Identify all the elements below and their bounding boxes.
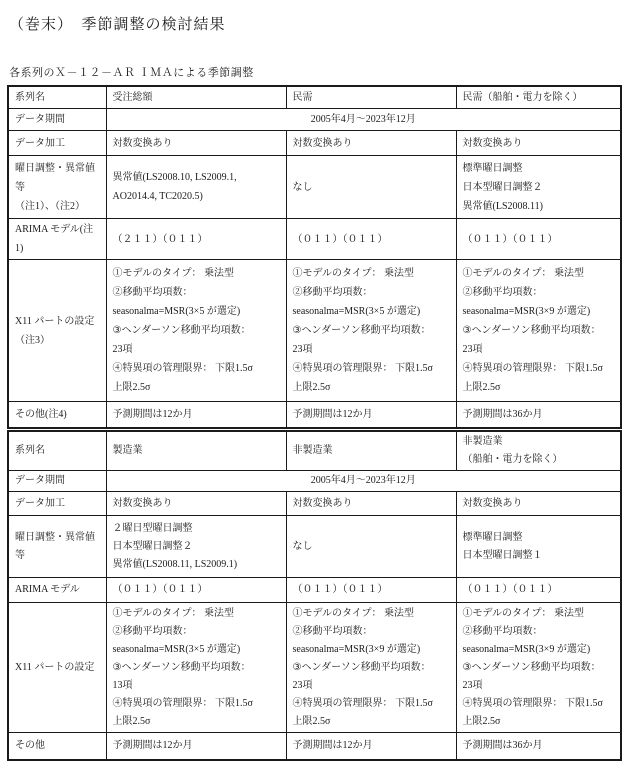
data-processing-row: データ加工 対数変換あり 対数変換あり 対数変換あり (8, 131, 621, 156)
table-caption: 各系列のＸ－１２－ＡＲ ＩＭＡによる季節調整 (9, 64, 254, 80)
arima-model-cell-3: （０１１）（０１１） (456, 219, 621, 260)
x11-settings-cell-1: ①モデルのタイプ： 乗法型 ②移動平均項数： seasonalma=MSR(3×… (106, 603, 286, 733)
trading-day-outlier-cell-1: ２曜日型曜日調整 日本型曜日調整２ 異常値(LS2008.11, LS2009.… (106, 516, 286, 578)
data-period-value: 2005年4月～2023年12月 (106, 471, 621, 492)
arima-model-cell-1: （０１１）（０１１） (106, 578, 286, 603)
trading-day-outlier-cell-3: 標準曜日調整 日本型曜日調整２ 異常値(LS2008.11) (456, 156, 621, 219)
data-period-row: データ期間 2005年4月～2023年12月 (8, 471, 621, 492)
other-row: その他(注4) 予測期間は12か月 予測期間は12か月 予測期間は36か月 (8, 402, 621, 428)
arima-model-cell-2: （０１１）（０１１） (286, 578, 456, 603)
data-processing-cell-2: 対数変換あり (286, 492, 456, 516)
arima-model-cell-3: （０１１）（０１１） (456, 578, 621, 603)
seasonal-adjustment-table-2: 系列名 製造業 非製造業 非製造業 （船舶・電力を除く） データ期間 2005年… (7, 430, 622, 761)
other-row: その他 予測期間は12か月 予測期間は12か月 予測期間は36か月 (8, 733, 621, 760)
x11-settings-row: X11 パートの設定 ①モデルのタイプ： 乗法型 ②移動平均項数： season… (8, 603, 621, 733)
other-cell-1: 予測期間は12か月 (106, 733, 286, 760)
data-processing-cell-1: 対数変換あり (106, 492, 286, 516)
data-period-label: データ期間 (8, 109, 106, 131)
arima-model-label: ARIMA モデル(注1) (8, 219, 106, 260)
data-period-row: データ期間 2005年4月～2023年12月 (8, 109, 621, 131)
x11-settings-cell-2: ①モデルのタイプ： 乗法型 ②移動平均項数： seasonalma=MSR(3×… (286, 260, 456, 402)
data-processing-label: データ加工 (8, 492, 106, 516)
trading-day-outlier-row: 曜日調整・異常値等 ２曜日型曜日調整 日本型曜日調整２ 異常値(LS2008.1… (8, 516, 621, 578)
page-title: （巻末） 季節調整の検討結果 (9, 13, 226, 34)
data-processing-row: データ加工 対数変換あり 対数変換あり 対数変換あり (8, 492, 621, 516)
trading-day-outlier-label: 曜日調整・異常値等 （注1）、（注2） (8, 156, 106, 219)
trading-day-outlier-row: 曜日調整・異常値等 （注1）、（注2） 異常値(LS2008.10, LS200… (8, 156, 621, 219)
series-name-label: 系列名 (8, 86, 106, 109)
other-cell-1: 予測期間は12か月 (106, 402, 286, 428)
data-processing-cell-3: 対数変換あり (456, 492, 621, 516)
other-label: その他(注4) (8, 402, 106, 428)
data-processing-cell-3: 対数変換あり (456, 131, 621, 156)
other-cell-2: 予測期間は12か月 (286, 402, 456, 428)
x11-settings-label: X11 パートの設定 （注3） (8, 260, 106, 402)
series-name-row: 系列名 受注総額 民需 民需（船舶・電力を除く） (8, 86, 621, 109)
arima-model-cell-2: （０１１）（０１１） (286, 219, 456, 260)
data-period-label: データ期間 (8, 471, 106, 492)
x11-settings-label: X11 パートの設定 (8, 603, 106, 733)
series-name-row: 系列名 製造業 非製造業 非製造業 （船舶・電力を除く） (8, 431, 621, 471)
series-name-label: 系列名 (8, 431, 106, 471)
data-processing-label: データ加工 (8, 131, 106, 156)
arima-model-label: ARIMA モデル (8, 578, 106, 603)
x11-settings-cell-1: ①モデルのタイプ： 乗法型 ②移動平均項数： seasonalma=MSR(3×… (106, 260, 286, 402)
series-name-cell-3: 非製造業 （船舶・電力を除く） (456, 431, 621, 471)
series-name-cell-2: 民需 (286, 86, 456, 109)
x11-settings-cell-2: ①モデルのタイプ： 乗法型 ②移動平均項数： seasonalma=MSR(3×… (286, 603, 456, 733)
series-name-cell-2: 非製造業 (286, 431, 456, 471)
trading-day-outlier-label: 曜日調整・異常値等 (8, 516, 106, 578)
seasonal-adjustment-table-1: 系列名 受注総額 民需 民需（船舶・電力を除く） データ期間 2005年4月～2… (7, 85, 622, 429)
data-processing-cell-2: 対数変換あり (286, 131, 456, 156)
x11-settings-cell-3: ①モデルのタイプ： 乗法型 ②移動平均項数： seasonalma=MSR(3×… (456, 260, 621, 402)
x11-settings-row: X11 パートの設定 （注3） ①モデルのタイプ： 乗法型 ②移動平均項数： s… (8, 260, 621, 402)
series-name-cell-3: 民需（船舶・電力を除く） (456, 86, 621, 109)
series-name-cell-1: 製造業 (106, 431, 286, 471)
trading-day-outlier-cell-2: なし (286, 156, 456, 219)
data-period-value: 2005年4月～2023年12月 (106, 109, 621, 131)
trading-day-outlier-cell-2: なし (286, 516, 456, 578)
x11-settings-cell-3: ①モデルのタイプ： 乗法型 ②移動平均項数： seasonalma=MSR(3×… (456, 603, 621, 733)
other-label: その他 (8, 733, 106, 760)
arima-model-row: ARIMA モデル(注1) （２１１）（０１１） （０１１）（０１１） （０１１… (8, 219, 621, 260)
data-processing-cell-1: 対数変換あり (106, 131, 286, 156)
other-cell-3: 予測期間は36か月 (456, 402, 621, 428)
trading-day-outlier-cell-1: 異常値(LS2008.10, LS2009.1, AO2014.4, TC202… (106, 156, 286, 219)
other-cell-2: 予測期間は12か月 (286, 733, 456, 760)
arima-model-cell-1: （２１１）（０１１） (106, 219, 286, 260)
trading-day-outlier-cell-3: 標準曜日調整 日本型曜日調整１ (456, 516, 621, 578)
other-cell-3: 予測期間は36か月 (456, 733, 621, 760)
arima-model-row: ARIMA モデル （０１１）（０１１） （０１１）（０１１） （０１１）（０１… (8, 578, 621, 603)
series-name-cell-1: 受注総額 (106, 86, 286, 109)
